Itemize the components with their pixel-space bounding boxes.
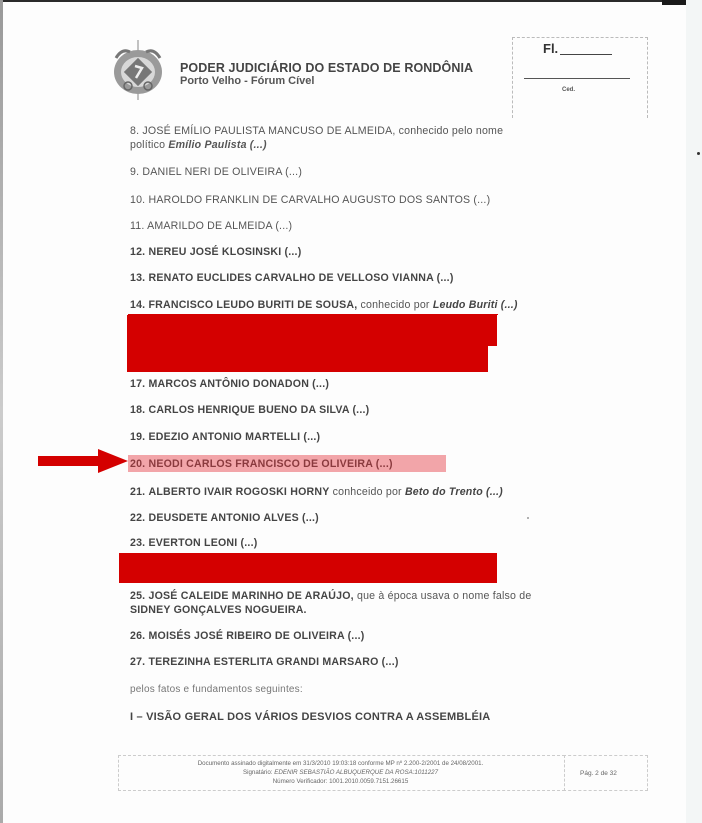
fl-number-line xyxy=(560,54,612,55)
arrow-right-icon-head xyxy=(98,449,128,473)
list-item: 11. AMARILDO DE ALMEIDA (...) xyxy=(130,220,292,232)
scan-speck xyxy=(527,517,529,519)
scan-left-edge xyxy=(0,0,3,823)
list-item-highlighted: 20. NEODI CARLOS FRANCISCO DE OLIVEIRA (… xyxy=(130,458,393,470)
list-item: 13. RENATO EUCLIDES CARVALHO DE VELLOSO … xyxy=(130,272,454,284)
list-item-continuation: SIDNEY GONÇALVES NOGUEIRA. xyxy=(130,604,307,616)
list-item: 17. MARCOS ANTÔNIO DONADON (...) xyxy=(130,378,329,390)
redaction-bar xyxy=(119,553,497,583)
list-item: 9. DANIEL NERI DE OLIVEIRA (...) xyxy=(130,166,302,178)
ced-label: Ced. xyxy=(562,87,575,93)
footer-verifier: Número Verificador: 1001.2010.0059.7151.… xyxy=(118,778,563,785)
arrow-right-icon xyxy=(38,456,100,466)
page-number: Pág. 2 de 32 xyxy=(580,770,617,777)
list-item: 14. FRANCISCO LEUDO BURITI DE SOUSA, con… xyxy=(130,299,518,311)
footer-signatory: Signatário: EDENIR SEBASTIÃO ALBUQUERQUE… xyxy=(118,769,563,776)
fl-label: Fl. xyxy=(543,41,558,56)
court-subtitle: Porto Velho - Fórum Cível xyxy=(180,75,314,87)
list-item: 25. JOSÉ CALEIDE MARINHO DE ARAÚJO, que … xyxy=(130,590,531,602)
list-item: 19. EDEZIO ANTONIO MARTELLI (...) xyxy=(130,431,320,443)
list-item: 10. HAROLDO FRANKLIN DE CARVALHO AUGUSTO… xyxy=(130,194,490,206)
list-item: 22. DEUSDETE ANTONIO ALVES (...) xyxy=(130,512,319,524)
list-item: 18. CARLOS HENRIQUE BUENO DA SILVA (...) xyxy=(130,404,369,416)
list-item: 26. MOISÉS JOSÉ RIBEIRO DE OLIVEIRA (...… xyxy=(130,630,364,642)
closing-text: pelos fatos e fundamentos seguintes: xyxy=(130,684,303,695)
signature-line xyxy=(524,78,630,79)
scan-right-margin xyxy=(686,0,702,823)
list-item: 27. TEREZINHA ESTERLITA GRANDI MARSARO (… xyxy=(130,656,399,668)
list-item: 8. JOSÉ EMÍLIO PAULISTA MANCUSO DE ALMEI… xyxy=(130,125,503,137)
list-item-continuation: político Emílio Paulista (...) xyxy=(130,139,267,151)
scan-speck xyxy=(697,152,700,155)
list-item: 12. NEREU JOSÉ KLOSINSKI (...) xyxy=(130,246,301,258)
coat-of-arms-icon xyxy=(108,38,168,102)
court-title: PODER JUDICIÁRIO DO ESTADO DE RONDÔNIA xyxy=(180,61,473,75)
list-item: 23. EVERTON LEONI (...) xyxy=(130,537,257,549)
section-heading: I – VISÃO GERAL DOS VÁRIOS DESVIOS CONTR… xyxy=(130,711,490,723)
list-item: 21. ALBERTO IVAIR ROGOSKI HORNY conhceid… xyxy=(130,486,503,498)
footer-signed-line: Documento assinado digitalmente em 31/3/… xyxy=(118,760,563,767)
redaction-bar xyxy=(127,345,488,372)
redaction-bar xyxy=(127,315,497,346)
scan-top-edge xyxy=(0,0,702,2)
